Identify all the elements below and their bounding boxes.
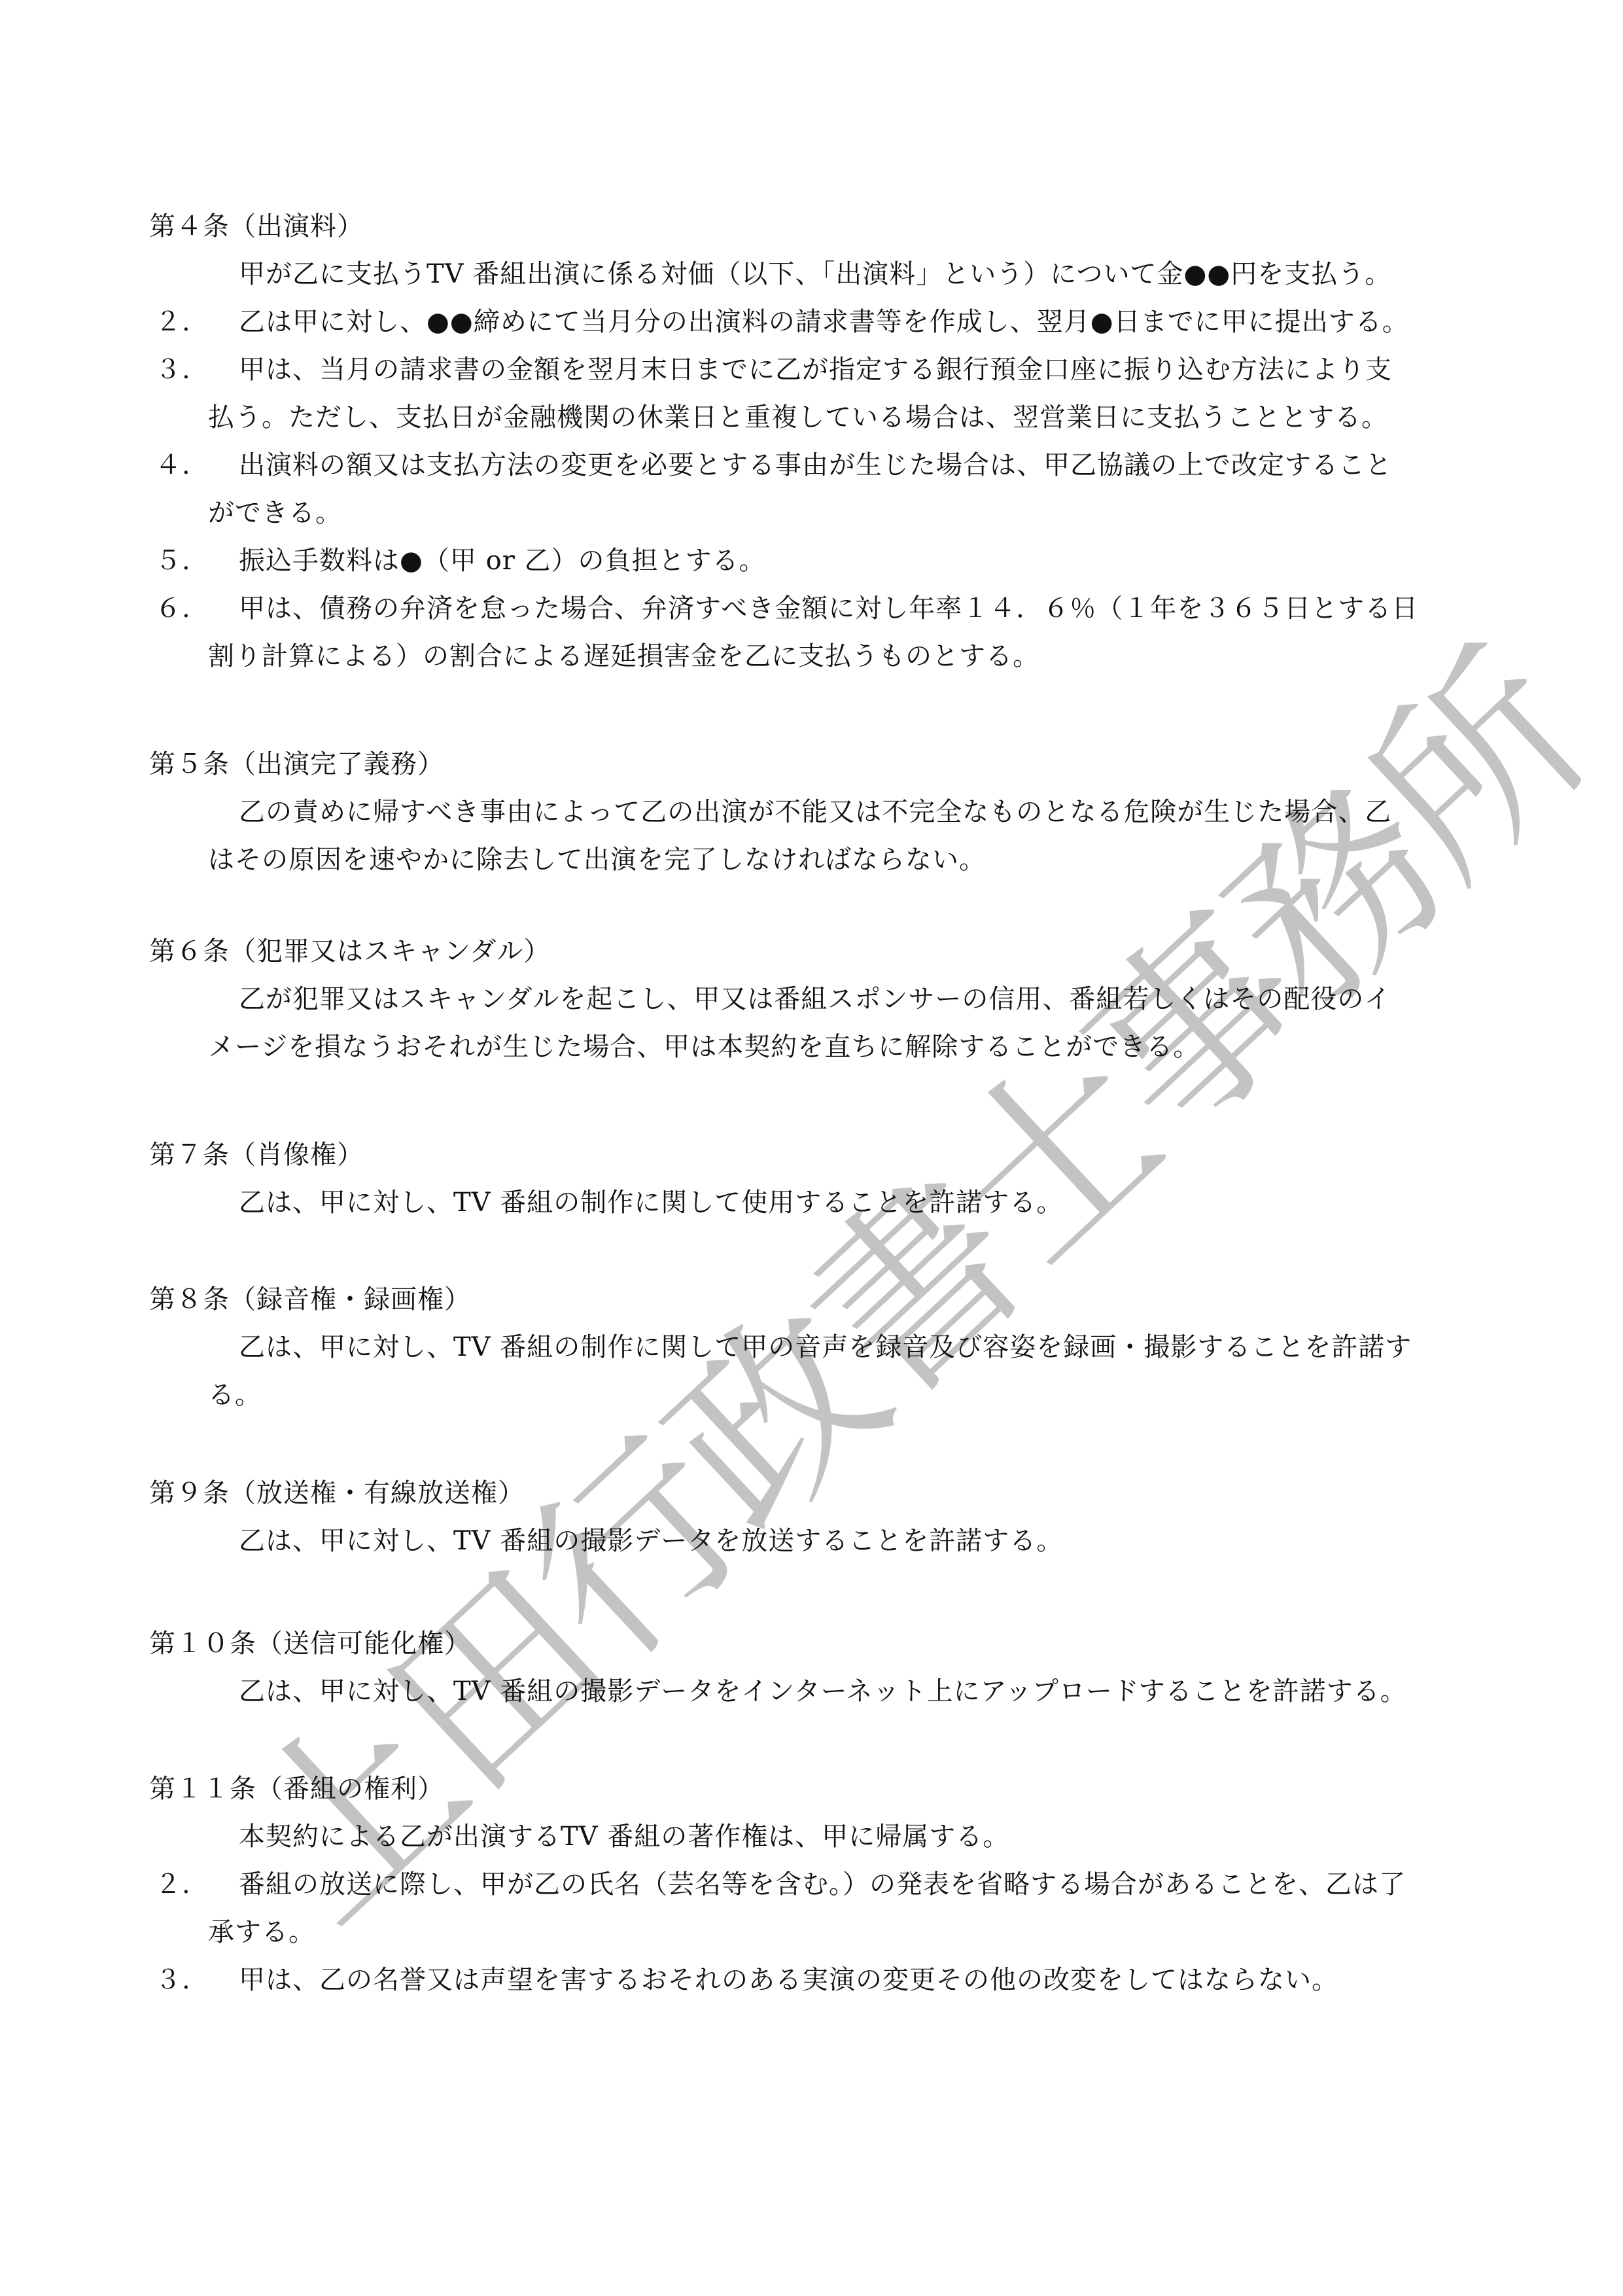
article-5-para-1a: 乙の責めに帰すべき事由によって乙の出演が不能又は不完全なものとなる危険が生じた場…: [239, 794, 1391, 830]
article-8-heading: 第８条（録音権・録画権）: [149, 1281, 471, 1318]
article-4-para-6b: 割り計算による）の割合による遅延損害金を乙に支払うものとする。: [208, 638, 1039, 675]
article-4-para-4a: 出演料の額又は支払方法の変更を必要とする事由が生じた場合は、甲乙協議の上で改定す…: [239, 447, 1392, 484]
article-4-num-2: ２.: [155, 304, 191, 340]
article-5-para-1b: はその原因を速やかに除去して出演を完了しなければならない。: [208, 841, 986, 878]
article-4-para-1: 甲が乙に支払うTV 番組出演に係る対価（以下、「出演料」という）について金●●円…: [239, 256, 1391, 292]
article-5-heading: 第５条（出演完了義務）: [149, 746, 444, 783]
article-4-num-3: ３.: [155, 351, 191, 388]
article-6-para-1a: 乙が犯罪又はスキャンダルを起こし、甲又は番組スポンサーの信用、番組若しくはその配…: [239, 981, 1391, 1017]
article-7-heading: 第７条（肖像権）: [149, 1137, 364, 1173]
article-10-para-1: 乙は、甲に対し、TV 番組の撮影データをインターネット上にアップロードすることを…: [239, 1673, 1407, 1710]
article-4-para-6a: 甲は、債務の弁済を怠った場合、弁済すべき金額に対し年率１４．６％（１年を３６５日…: [239, 590, 1418, 627]
article-4-para-3b: 払う。ただし、支払日が金融機関の休業日と重複している場合は、翌営業日に支払うこと…: [208, 399, 1388, 436]
article-4-para-3a: 甲は、当月の請求書の金額を翌月末日までに乙が指定する銀行預金口座に振り込む方法に…: [239, 351, 1392, 388]
article-11-heading: 第１１条（番組の権利）: [149, 1771, 444, 1807]
article-6-para-1b: メージを損なうおそれが生じた場合、甲は本契約を直ちに解除することができる。: [208, 1029, 1200, 1065]
article-4-heading: 第４条（出演料）: [149, 208, 364, 245]
article-8-para-1a: 乙は、甲に対し、TV 番組の制作に関して甲の音声を録音及び容姿を録画・撮影するこ…: [239, 1329, 1412, 1366]
article-11-para-2a: 番組の放送に際し、甲が乙の氏名（芸名等を含む。）の発表を省略する場合があることを…: [239, 1866, 1406, 1903]
article-11-para-2b: 承する。: [208, 1914, 315, 1951]
article-4-num-4: ４.: [155, 447, 191, 484]
article-8-para-1b: る。: [208, 1377, 262, 1413]
contract-body: 第４条（出演料） 甲が乙に支払うTV 番組出演に係る対価（以下、「出演料」という…: [0, 0, 1623, 2296]
article-4-num-5: ５.: [155, 542, 191, 579]
article-10-heading: 第１０条（送信可能化権）: [149, 1625, 471, 1662]
article-9-para-1: 乙は、甲に対し、TV 番組の撮影データを放送することを許諾する。: [239, 1523, 1063, 1559]
article-11-num-2: ２.: [155, 1866, 191, 1903]
article-4-para-5: 振込手数料は●（甲 or 乙）の負担とする。: [239, 542, 766, 579]
article-4-para-2: 乙は甲に対し、●●締めにて当月分の出演料の請求書等を作成し、翌月●日までに甲に提…: [239, 304, 1409, 340]
article-7-para-1: 乙は、甲に対し、TV 番組の制作に関して使用することを許諾する。: [239, 1184, 1063, 1221]
article-4-para-4b: ができる。: [208, 495, 342, 531]
document-page: 上田行政書士事務所 第４条（出演料） 甲が乙に支払うTV 番組出演に係る対価（以…: [0, 0, 1623, 2296]
article-11-para-3: 甲は、乙の名誉又は声望を害するおそれのある実演の変更その他の改変をしてはならない…: [239, 1962, 1338, 1998]
article-4-num-6: ６.: [155, 590, 191, 627]
article-6-heading: 第６条（犯罪又はスキャンダル）: [149, 933, 550, 970]
article-9-heading: 第９条（放送権・有線放送権）: [149, 1475, 525, 1511]
article-11-para-1: 本契約による乙が出演するTV 番組の著作権は、甲に帰属する。: [239, 1818, 1009, 1855]
article-11-num-3: ３.: [155, 1962, 191, 1998]
